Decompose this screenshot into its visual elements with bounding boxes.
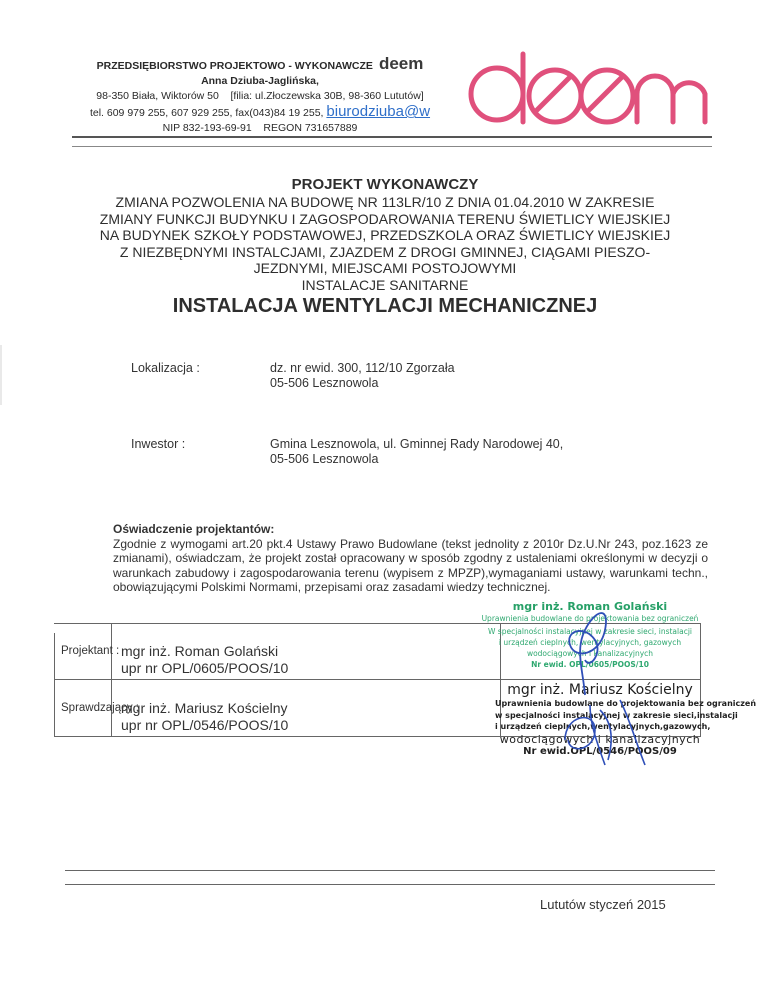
- stamp-line: wodociągowych i kanalizacyjnych: [462, 648, 718, 659]
- title-line: JEZDNYMI, MIEJSCAMI POSTOJOWYMI: [70, 260, 700, 277]
- statement-text: Zgodnie z wymogami art.20 pkt.4 Ustawy P…: [113, 537, 708, 595]
- designer-license: upr nr OPL/0605/POOS/10: [121, 660, 288, 677]
- title-line: ZMIANY FUNKCJI BUDYNKU I ZAGOSPODAROWANI…: [70, 211, 700, 228]
- investor-value: Gmina Lesznowola, ul. Gminnej Rady Narod…: [270, 437, 563, 467]
- title-line: ZMIANA POZWOLENIA NA BUDOWĘ NR 113LR/10 …: [70, 194, 700, 211]
- stamp-line: i urządzeń cieplnych, wentylacyjnych, ga…: [462, 637, 718, 648]
- designer-name: mgr inż. Roman Golański: [121, 643, 288, 660]
- footer-divider: [65, 870, 715, 871]
- company-owner: Anna Dziuba-Jaglińska,: [60, 74, 460, 89]
- location-line: dz. nr ewid. 300, 112/10 Zgorzała: [270, 361, 455, 376]
- company-header: PRZEDSIĘBIORSTWO PROJEKTOWO - WYKONAWCZE…: [60, 56, 460, 136]
- header-divider-thick: [72, 136, 712, 138]
- scan-edge-mark: [0, 345, 2, 405]
- project-scope: INSTALACJA WENTYLACJI MECHANICZNEJ: [70, 294, 700, 318]
- checker-stamp: mgr inż. Mariusz Kościelny Uprawnienia b…: [495, 682, 705, 758]
- company-brand: deem: [379, 54, 423, 73]
- project-type: PROJEKT WYKONAWCZY: [70, 176, 700, 194]
- company-phones: tel. 609 979 255, 607 929 255, fax(043)8…: [90, 107, 324, 119]
- stamp-line: wodociągowych i kanalizacyjnych: [495, 733, 705, 746]
- investor-line: Gmina Lesznowola, ul. Gminnej Rady Narod…: [270, 437, 563, 452]
- stamp-line: i urządzeń cieplnych,wentylacyjnych,gazo…: [495, 721, 705, 733]
- stamp-registry-number: Nr ewid.OPL/0546/POOS/09: [495, 746, 705, 758]
- company-name-line: PRZEDSIĘBIORSTWO PROJEKTOWO - WYKONAWCZE…: [60, 56, 460, 74]
- company-contact: tel. 609 979 255, 607 929 255, fax(043)8…: [60, 104, 460, 121]
- company-name: PRZEDSIĘBIORSTWO PROJEKTOWO - WYKONAWCZE: [97, 60, 373, 72]
- project-title-block: PROJEKT WYKONAWCZY ZMIANA POZWOLENIA NA …: [70, 176, 700, 318]
- stamp-name: mgr inż. Mariusz Kościelny: [495, 682, 705, 698]
- stamp-name: mgr inż. Roman Golański: [462, 600, 718, 613]
- stamp-line: W specjalności instalacyjnej w zakresie …: [462, 626, 718, 637]
- designer-info: mgr inż. Roman Golański upr nr OPL/0605/…: [121, 643, 288, 677]
- investor-label: Inwestor :: [131, 437, 185, 451]
- designer-role: Projektant :: [61, 645, 119, 657]
- stamp-line: Uprawnienia budowlane do projektowania b…: [462, 613, 718, 624]
- title-line: NA BUDYNEK SZKOŁY PODSTAWOWEJ, PRZEDSZKO…: [70, 227, 700, 244]
- company-email-link[interactable]: biurodziuba@w: [326, 103, 430, 120]
- stamp-line: w specjalności instalacyjnej w zakresie …: [495, 710, 705, 722]
- checker-name: mgr inż. Mariusz Kościelny: [121, 700, 288, 717]
- location-label: Lokalizacja :: [131, 361, 200, 375]
- designer-stamp: mgr inż. Roman Golański Uprawnienia budo…: [462, 600, 718, 670]
- company-ids: NIP 832-193-69-91 REGON 731657889: [60, 121, 460, 136]
- stamp-line: Nr ewid. OPL/0605/POOS/10: [462, 659, 718, 670]
- table-row-divider: [54, 679, 700, 680]
- company-address: 98-350 Biała, Wiktorów 50 [filia: ul.Zło…: [60, 89, 460, 104]
- table-border-left: [54, 633, 55, 737]
- checker-info: mgr inż. Mariusz Kościelny upr nr OPL/05…: [121, 700, 288, 734]
- footer-divider: [65, 884, 715, 885]
- statement-title: Oświadczenie projektantów:: [113, 522, 708, 537]
- header-divider-thin: [72, 146, 712, 147]
- place-and-date: Lututów styczeń 2015: [540, 897, 666, 912]
- investor-line: 05-506 Lesznowola: [270, 452, 563, 467]
- table-col-divider: [111, 623, 112, 737]
- deem-logo: [465, 46, 710, 126]
- location-value: dz. nr ewid. 300, 112/10 Zgorzała 05-506…: [270, 361, 455, 391]
- checker-license: upr nr OPL/0546/POOS/10: [121, 717, 288, 734]
- project-discipline: INSTALACJE SANITARNE: [70, 277, 700, 294]
- deem-logo-icon: [465, 46, 710, 126]
- designers-statement: Oświadczenie projektantów: Zgodnie z wym…: [113, 522, 708, 595]
- stamp-line: Uprawnienia budowlane do projektowania b…: [495, 698, 705, 710]
- title-line: Z NIEZBĘDNYMI INSTALCJAMI, ZJAZDEM Z DRO…: [70, 244, 700, 261]
- location-line: 05-506 Lesznowola: [270, 376, 455, 391]
